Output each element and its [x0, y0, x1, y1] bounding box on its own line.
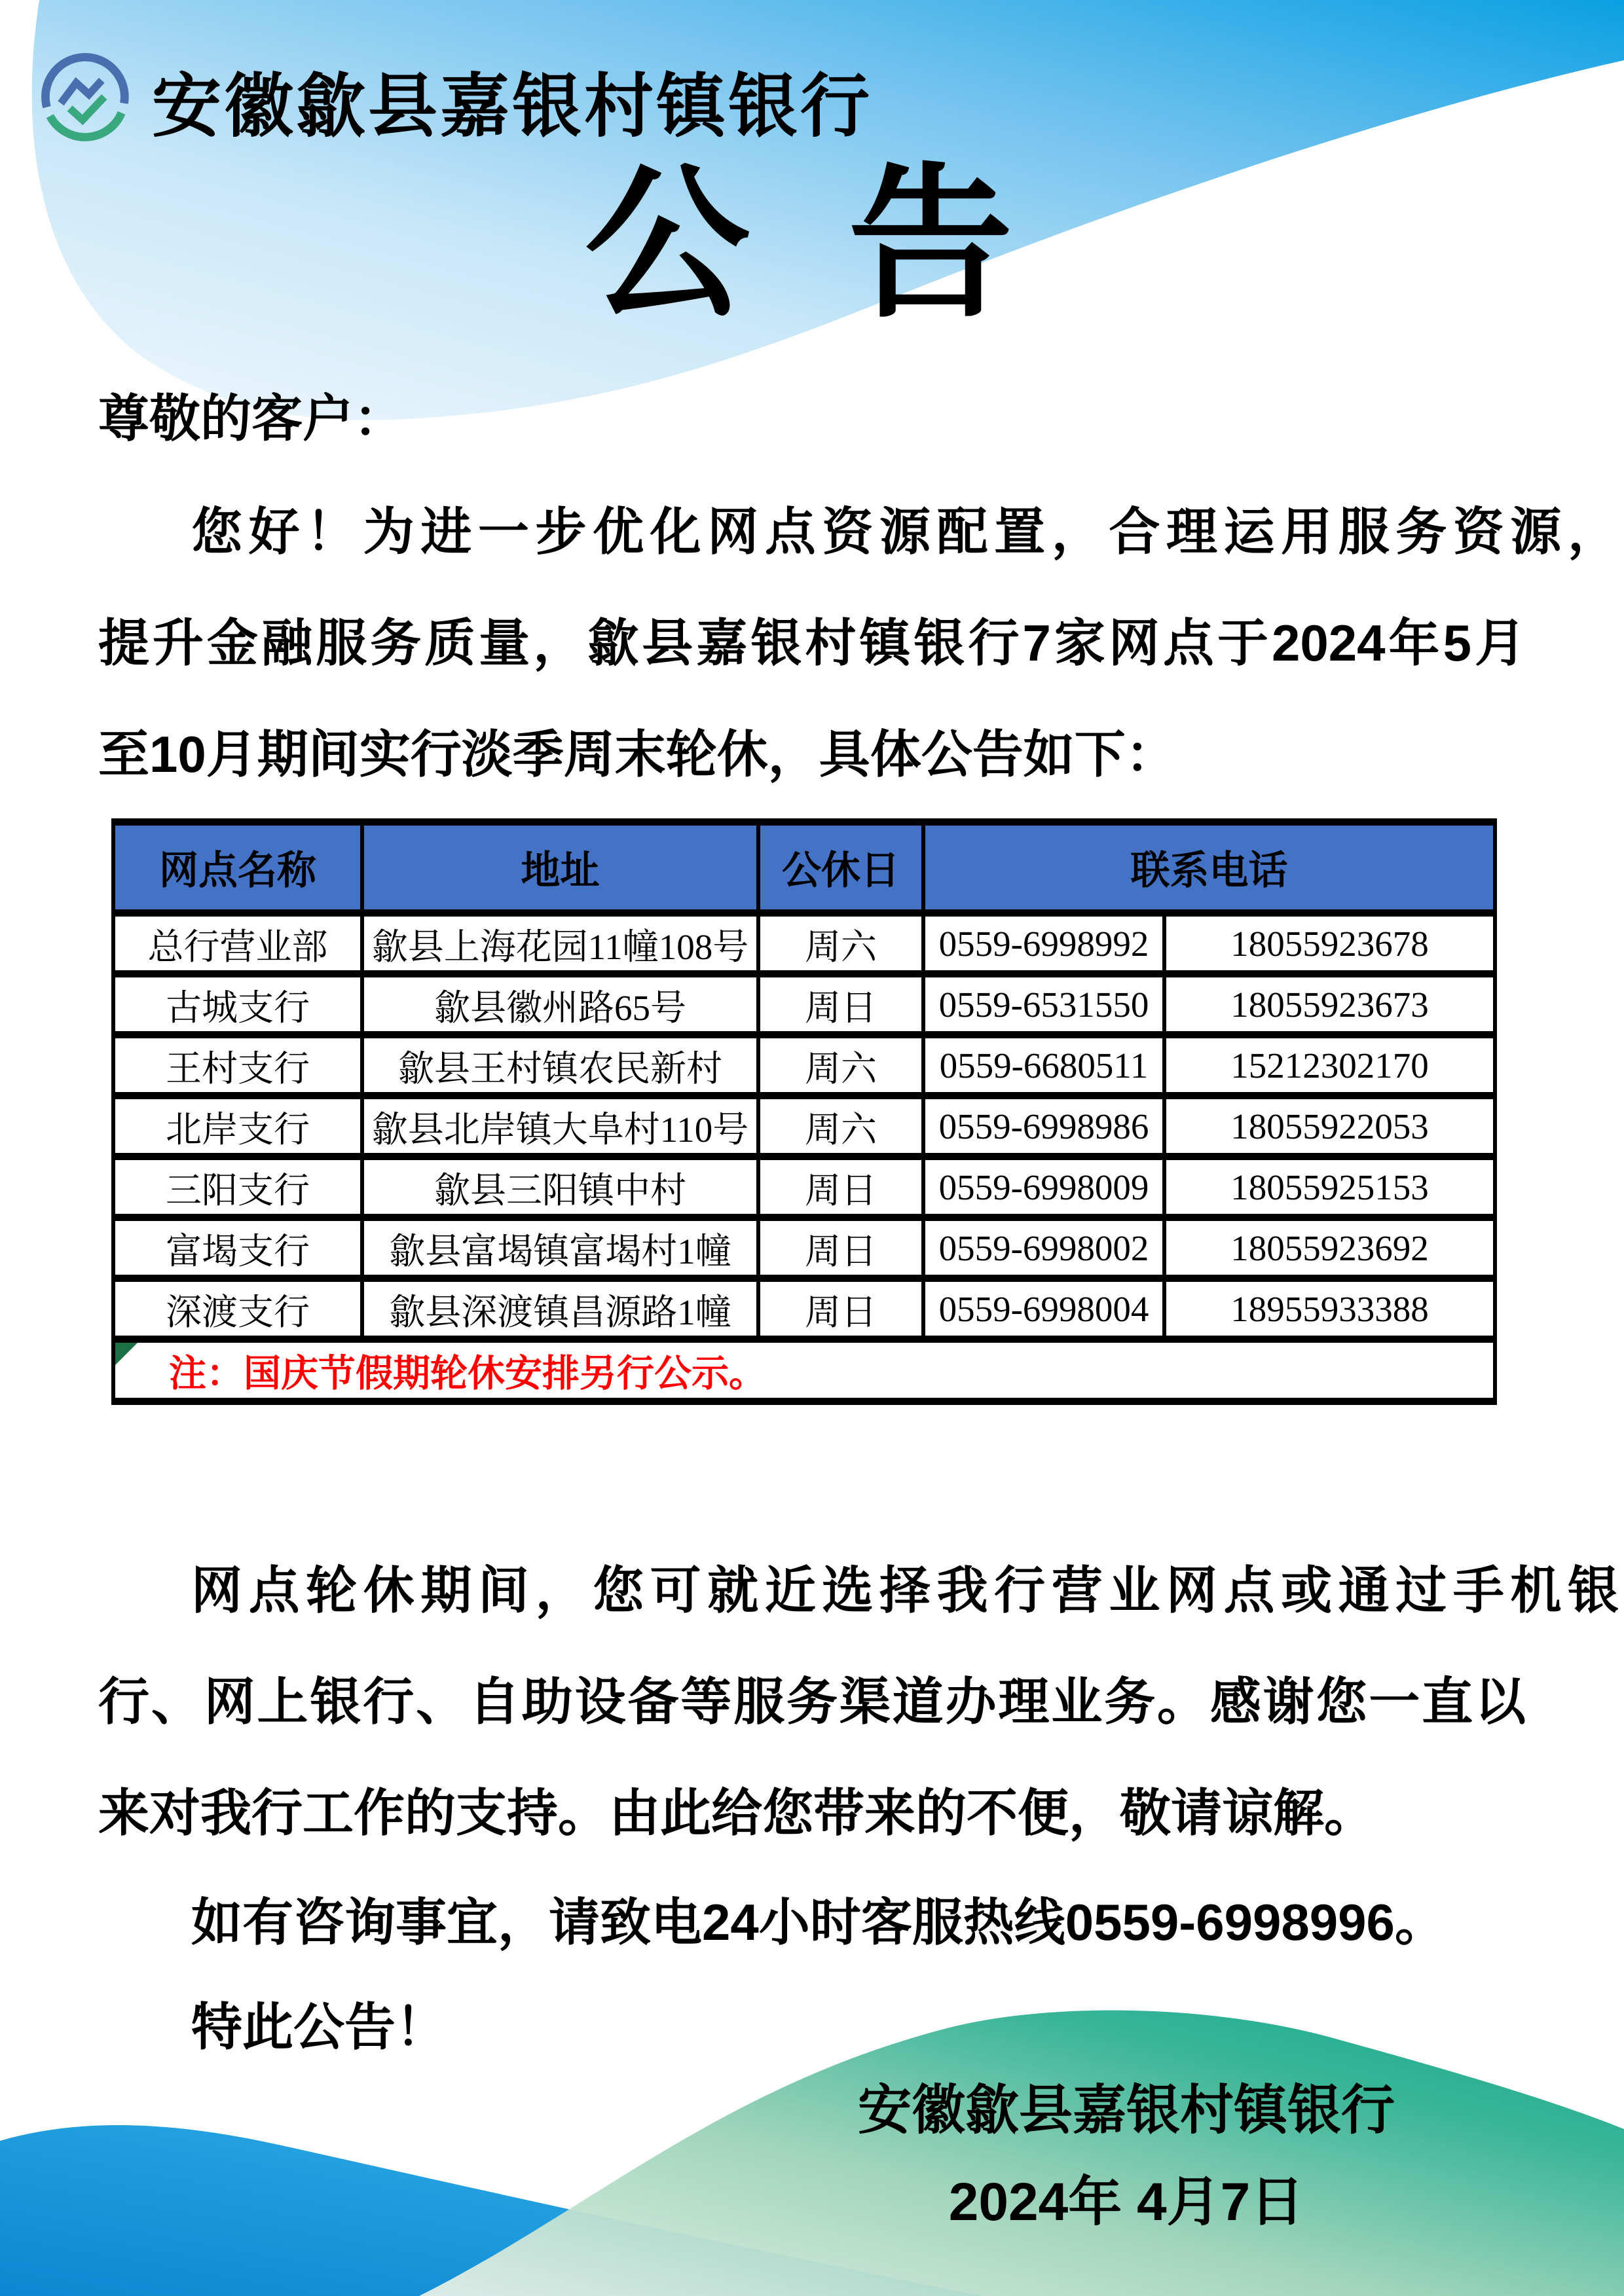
branch-schedule-table: 网点名称 地址 公休日 联系电话 总行营业部 歙县上海花园11幢108号 周六 … [111, 818, 1497, 1405]
branch-phone: 0559-6998009 [923, 1157, 1164, 1218]
branch-phone: 0559-6998002 [923, 1218, 1164, 1279]
table-row: 深渡支行 歙县深渡镇昌源路1幢 周日 0559-6998004 18955933… [113, 1279, 1495, 1339]
col-header-branch: 网点名称 [113, 822, 362, 913]
holiday-note: 注：国庆节假期轮休安排另行公示。 [169, 1353, 766, 1394]
branch-mobile: 18055923678 [1164, 913, 1495, 974]
table-row: 富堨支行 歙县富堨镇富堨村1幢 周日 0559-6998002 18055923… [113, 1218, 1495, 1279]
header-bank-name: 安徽歙县嘉银村镇银行 [152, 51, 872, 151]
branch-restday: 周六 [758, 1035, 923, 1096]
branch-mobile: 18055925153 [1164, 1157, 1495, 1218]
announcement-poster: 安徽歙县嘉银村镇银行 公 告 尊敬的客户： 您好！为进一步优化网点资源配置，合理… [0, 0, 1624, 2296]
outro-line-closing: 特此公告！ [98, 1998, 1619, 2057]
branch-name: 王村支行 [113, 1035, 362, 1096]
col-header-restday: 公休日 [758, 822, 923, 913]
branch-address: 歙县王村镇农民新村 [362, 1035, 758, 1096]
bank-logo-icon [34, 46, 136, 148]
table-row: 总行营业部 歙县上海花园11幢108号 周六 0559-6998992 1805… [113, 913, 1495, 974]
branch-address: 歙县徽州路65号 [362, 974, 758, 1035]
branch-restday: 周日 [758, 1279, 923, 1339]
table-row: 北岸支行 歙县北岸镇大阜村110号 周六 0559-6998986 180559… [113, 1096, 1495, 1157]
table-header-row: 网点名称 地址 公休日 联系电话 [113, 822, 1495, 913]
branch-address: 歙县北岸镇大阜村110号 [362, 1096, 758, 1157]
footer-date: 2024年 4月7日 [845, 2159, 1408, 2236]
page-title: 公 告 [0, 162, 1624, 327]
branch-mobile: 18055923673 [1164, 974, 1495, 1035]
branch-restday: 周日 [758, 1218, 923, 1279]
table-note-row: 注：国庆节假期轮休安排另行公示。 [113, 1339, 1495, 1402]
outro-line: 行、网上银行、自助设备等服务渠道办理业务。感谢您一直以 [98, 1673, 1526, 1732]
branch-phone: 0559-6680511 [923, 1035, 1164, 1096]
outro-line-hotline: 如有咨询事宜，请致电24小时客服热线0559-6998996。 [98, 1893, 1619, 1952]
col-header-address: 地址 [362, 822, 758, 913]
branch-address: 歙县深渡镇昌源路1幢 [362, 1279, 758, 1339]
branch-phone: 0559-6998004 [923, 1279, 1164, 1339]
branch-name: 深渡支行 [113, 1279, 362, 1339]
branch-name: 三阳支行 [113, 1157, 362, 1218]
branch-restday: 周日 [758, 1157, 923, 1218]
branch-mobile: 15212302170 [1164, 1035, 1495, 1096]
branch-restday: 周六 [758, 1096, 923, 1157]
branch-restday: 周日 [758, 974, 923, 1035]
intro-line: 提升金融服务质量，歙县嘉银村镇银行7家网点于2024年5月 [98, 614, 1526, 673]
table-row: 三阳支行 歙县三阳镇中村 周日 0559-6998009 18055925153 [113, 1157, 1495, 1218]
branch-address: 歙县三阳镇中村 [362, 1157, 758, 1218]
col-header-phone: 联系电话 [923, 822, 1495, 913]
branch-name: 富堨支行 [113, 1218, 362, 1279]
branch-mobile: 18955933388 [1164, 1279, 1495, 1339]
cell-corner-marker-icon [115, 1343, 138, 1365]
branch-phone: 0559-6998986 [923, 1096, 1164, 1157]
branch-restday: 周六 [758, 913, 923, 974]
branch-address: 歙县上海花园11幢108号 [362, 913, 758, 974]
intro-line: 您好！为进一步优化网点资源配置，合理运用服务资源， [98, 503, 1619, 562]
table-row: 王村支行 歙县王村镇农民新村 周六 0559-6680511 152123021… [113, 1035, 1495, 1096]
branch-name: 总行营业部 [113, 913, 362, 974]
table-row: 古城支行 歙县徽州路65号 周日 0559-6531550 1805592367… [113, 974, 1495, 1035]
branch-phone: 0559-6531550 [923, 974, 1164, 1035]
branch-mobile: 18055922053 [1164, 1096, 1495, 1157]
greeting-line: 尊敬的客户： [98, 390, 1526, 448]
branch-mobile: 18055923692 [1164, 1218, 1495, 1279]
intro-line: 至10月期间实行淡季周末轮休，具体公告如下： [98, 725, 1526, 784]
branch-address: 歙县富堨镇富堨村1幢 [362, 1218, 758, 1279]
branch-name: 古城支行 [113, 974, 362, 1035]
outro-line: 网点轮休期间，您可就近选择我行营业网点或通过手机银 [98, 1561, 1619, 1620]
branch-name: 北岸支行 [113, 1096, 362, 1157]
branch-phone: 0559-6998992 [923, 913, 1164, 974]
outro-line: 来对我行工作的支持。由此给您带来的不便，敬请谅解。 [98, 1784, 1526, 1843]
footer-signature: 安徽歙县嘉银村镇银行 [845, 2068, 1408, 2144]
